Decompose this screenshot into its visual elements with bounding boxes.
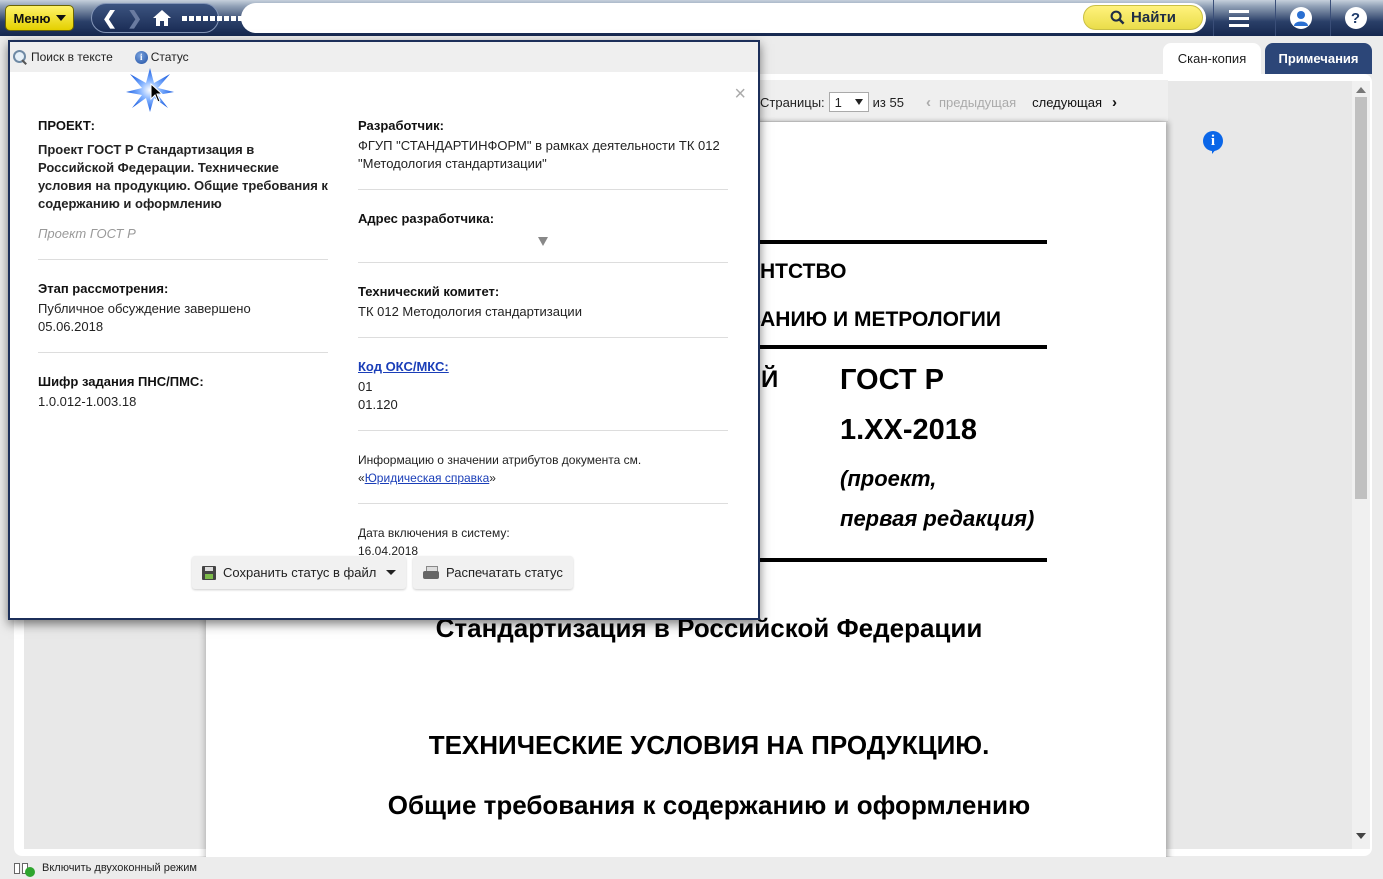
next-page-button[interactable]: следующая ›: [1032, 94, 1117, 111]
page-select-value: 1: [835, 95, 842, 110]
find-button[interactable]: Найти: [1083, 5, 1203, 30]
oks-link[interactable]: Код ОКС/МКС:: [358, 358, 728, 376]
cipher-section: Шифр задания ПНС/ПМС: 1.0.012-1.003.18: [38, 373, 328, 427]
oks-section: Код ОКС/МКС: 01 01.120: [358, 358, 728, 431]
previous-page-button[interactable]: ‹ предыдущая: [926, 94, 1016, 111]
next-page-label: следующая: [1032, 95, 1102, 110]
status-button[interactable]: i Статус: [135, 50, 189, 64]
page-rule: [744, 240, 1047, 244]
menu-label: Меню: [13, 11, 50, 26]
print-status-button[interactable]: Распечатать статус: [413, 556, 573, 589]
apps-grid-icon[interactable]: [182, 16, 243, 21]
forward-icon[interactable]: ❯: [127, 8, 142, 29]
page-draft-text: (проект,: [840, 466, 936, 492]
hamburger-icon: [1229, 10, 1249, 27]
committee-section: Технический комитет: ТК 012 Методология …: [358, 283, 728, 338]
save-status-label: Сохранить статус в файл: [223, 565, 376, 580]
info-bubble-icon[interactable]: i: [1203, 131, 1223, 151]
caret-down-icon: [855, 99, 863, 105]
caret-down-icon: [386, 570, 396, 575]
oks-value: 01: [358, 378, 728, 396]
user-button[interactable]: [1275, 0, 1325, 36]
search-input[interactable]: [256, 6, 1076, 30]
stage-date: 05.06.2018: [38, 318, 328, 336]
menu-button[interactable]: Меню: [5, 5, 74, 31]
user-icon: [1290, 7, 1312, 29]
page-count: из 55: [873, 95, 904, 110]
date-label: Дата включения в систему:: [358, 524, 728, 542]
project-label: ПРОЕКТ:: [38, 117, 328, 135]
stage-value: Публичное обсуждение завершено: [38, 300, 328, 318]
view-tabs: Скан-копия Примечания: [1163, 43, 1372, 74]
page-rule: [744, 345, 1047, 349]
project-title: Проект ГОСТ Р Стандартизация в Российско…: [38, 141, 328, 213]
dialog-toolbar: Поиск в тексте i Статус: [10, 42, 758, 72]
expand-address-icon[interactable]: [538, 237, 548, 246]
cipher-value: 1.0.012-1.003.18: [38, 393, 328, 411]
previous-page-label: предыдущая: [939, 95, 1016, 110]
dual-mode-toggle[interactable]: Включить двухоконный режим: [42, 862, 197, 874]
scroll-down-icon[interactable]: [1356, 833, 1366, 839]
quote-open: «: [358, 471, 365, 485]
oks-value: 01.120: [358, 396, 728, 414]
tab-notes[interactable]: Примечания: [1265, 43, 1372, 74]
status-bar: Включить двухоконный режим: [0, 857, 1383, 879]
search-in-text-label: Поиск в тексте: [31, 50, 113, 64]
page-agency-text: ЕНТСТВО: [746, 260, 846, 284]
printer-icon: [423, 566, 439, 580]
project-section: ПРОЕКТ: Проект ГОСТ Р Стандартизация в Р…: [38, 117, 328, 260]
developer-label: Разработчик:: [358, 117, 728, 135]
committee-label: Технический комитет:: [358, 283, 728, 301]
committee-value: ТК 012 Методология стандартизации: [358, 303, 728, 321]
print-status-label: Распечатать статус: [446, 565, 563, 580]
tab-scan-copy[interactable]: Скан-копия: [1163, 43, 1261, 74]
page-gost-text: ГОСТ Р: [840, 364, 944, 397]
info-icon: i: [135, 51, 148, 64]
page-metrology-text: ВАНИЮ И МЕТРОЛОГИИ: [746, 308, 1001, 332]
legal-info-section: Информацию о значении атрибутов документ…: [358, 451, 728, 504]
page-edition-text: первая редакция): [840, 506, 1034, 532]
top-toolbar: Меню ❮ ❯ Найти ?: [0, 0, 1383, 36]
page-navigator: Страницы: 1 из 55 ‹ предыдущая следующая…: [760, 91, 1117, 113]
pages-label: Страницы:: [760, 95, 825, 110]
caret-down-icon: [56, 15, 66, 21]
floppy-disk-icon: [202, 566, 216, 580]
mouse-cursor-icon: [150, 83, 164, 103]
magnifier-icon: [12, 49, 28, 65]
project-type: Проект ГОСТ Р: [38, 225, 328, 243]
home-icon[interactable]: [152, 9, 172, 27]
back-icon[interactable]: ❮: [102, 8, 117, 29]
status-dialog: Поиск в тексте i Статус × ПРОЕКТ: Проект…: [8, 40, 760, 620]
status-right-column: Разработчик: ФГУП "СТАНДАРТИНФОРМ" в рам…: [358, 117, 728, 596]
chevron-left-icon: ‹: [926, 94, 931, 111]
developer-section: Разработчик: ФГУП "СТАНДАРТИНФОРМ" в рам…: [358, 117, 728, 190]
main-menu-button[interactable]: [1213, 0, 1263, 36]
info-text: Информацию о значении атрибутов документ…: [358, 451, 728, 469]
help-icon: ?: [1345, 7, 1367, 29]
scroll-thumb[interactable]: [1355, 97, 1367, 499]
cipher-label: Шифр задания ПНС/ПМС:: [38, 373, 328, 391]
developer-value: ФГУП "СТАНДАРТИНФОРМ" в рамках деятельно…: [358, 137, 728, 173]
close-icon[interactable]: ×: [734, 84, 746, 104]
search-icon: [1110, 10, 1125, 25]
page-line3: Общие требования к содержанию и оформлен…: [206, 790, 1166, 821]
save-status-button[interactable]: Сохранить статус в файл: [192, 556, 406, 589]
dual-window-icon[interactable]: [14, 863, 28, 874]
legal-reference-link[interactable]: Юридическая справка: [365, 471, 490, 485]
address-section: Адрес разработчика:: [358, 210, 728, 263]
status-left-column: ПРОЕКТ: Проект ГОСТ Р Стандартизация в Р…: [38, 117, 328, 447]
page-number-text: 1.XX-2018: [840, 414, 977, 447]
quote-close: »: [489, 471, 496, 485]
scroll-up-icon[interactable]: [1356, 87, 1366, 93]
page-line2: ТЕХНИЧЕСКИЕ УСЛОВИЯ НА ПРОДУКЦИЮ.: [206, 730, 1166, 761]
page-rule: [744, 558, 1047, 562]
search-in-text-button[interactable]: Поиск в тексте: [12, 49, 113, 65]
page-fragment-text: Й: [761, 366, 778, 394]
help-button[interactable]: ?: [1330, 0, 1380, 36]
stage-label: Этап рассмотрения:: [38, 280, 328, 298]
stage-section: Этап рассмотрения: Публичное обсуждение …: [38, 280, 328, 353]
address-label: Адрес разработчика:: [358, 210, 728, 228]
navigation-group: ❮ ❯: [91, 3, 219, 33]
chevron-right-icon: ›: [1112, 94, 1117, 111]
vertical-scrollbar[interactable]: [1352, 81, 1370, 849]
status-label: Статус: [151, 50, 189, 64]
page-select[interactable]: 1: [829, 92, 869, 112]
find-label: Найти: [1131, 9, 1176, 26]
